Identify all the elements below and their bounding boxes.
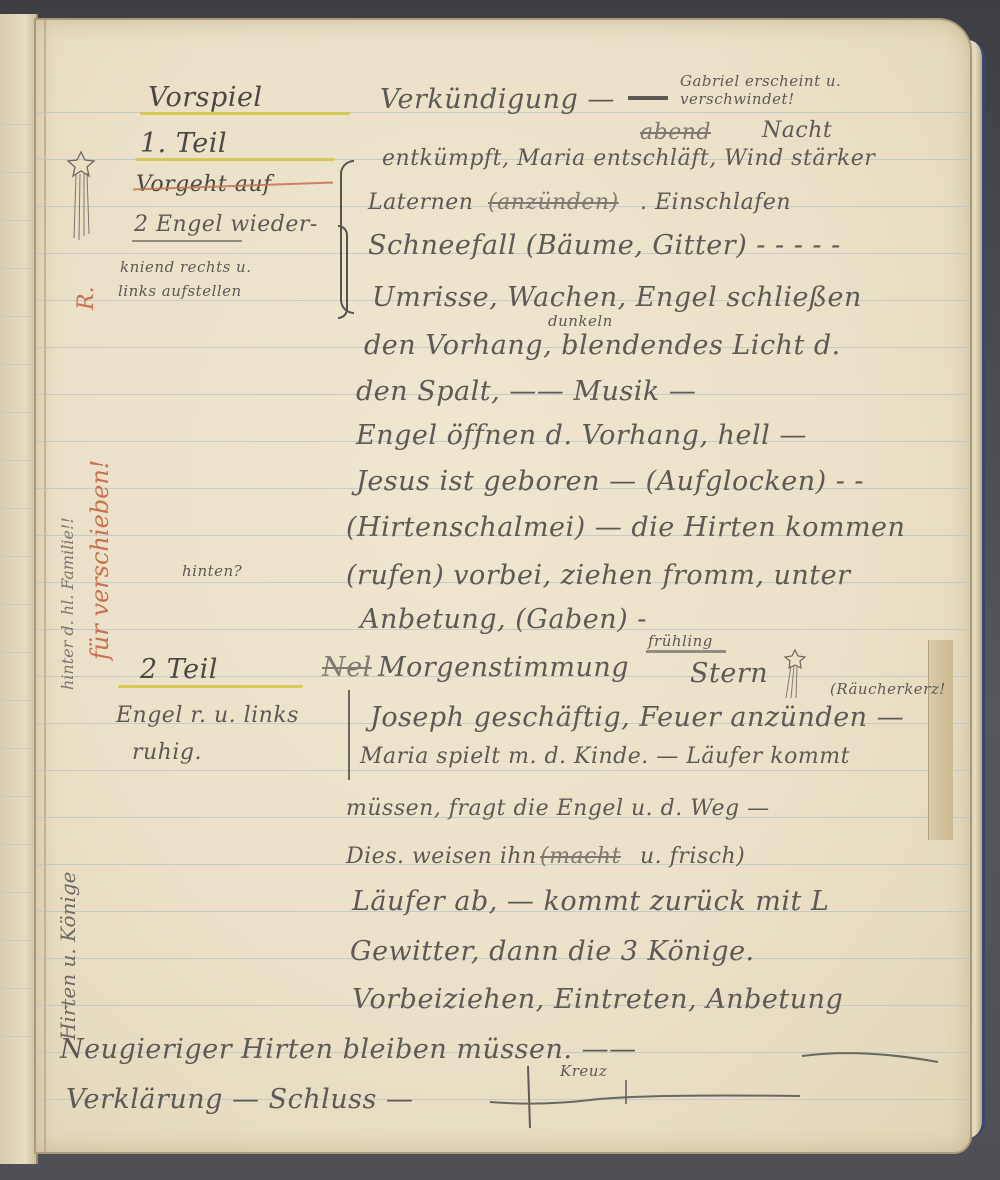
part1-note-cont2: links aufstellen [118, 282, 242, 300]
line-umrisse: Umrisse, Wachen, Engel schließen [372, 282, 862, 313]
line-jesus: Jesus ist geboren — (Aufglocken) - - [356, 466, 864, 497]
yellow-underline [135, 158, 335, 161]
line-fruehling-insert: frühling [648, 632, 713, 650]
line-nel-struck: Nel [322, 652, 372, 683]
insert-bracket [646, 650, 726, 653]
part2-note-2: ruhig. [132, 740, 202, 765]
line-laternen: Laternen [368, 190, 473, 215]
pencil-underline [132, 240, 242, 242]
line-spalt: den Spalt, —— Musik — [356, 376, 696, 407]
line-anzuenden-struck: (anzünden) [488, 190, 619, 215]
line-nacht-insert: Nacht [762, 118, 832, 143]
facing-page-edge [0, 14, 38, 1164]
line-gabriel-note: Gabriel erscheint u. verschwindet! [680, 72, 960, 108]
line-dies-weisen: Dies. weisen ihn [346, 844, 537, 869]
line-schneefall: Schneefall (Bäume, Gitter) - - - - - [368, 230, 841, 261]
page-margin-line [44, 20, 46, 1152]
column-divider [348, 690, 350, 780]
line-anbetung: Anbetung, (Gaben) - [360, 604, 647, 635]
line-engel-oeffnen: Engel öffnen d. Vorhang, hell — [356, 420, 807, 451]
line-stern: Stern [690, 658, 768, 689]
line-vorbeiziehen: Vorbeiziehen, Eintreten, Anbetung [352, 984, 843, 1015]
line-abend-struck: abend [640, 120, 711, 145]
part2-note-1: Engel r. u. links [116, 703, 299, 728]
pencil-stroke [800, 1048, 940, 1068]
part1-note-cont1: kniend rechts u. [120, 258, 252, 276]
line-dunkeln-insert: dunkeln [548, 312, 613, 330]
line-3: entkümpft, Maria entschläft, Wind stärke… [382, 146, 875, 171]
line-verkuendigung: Verkündigung — [380, 84, 615, 115]
water-stain [971, 195, 972, 289]
margin-red-mark: R. [74, 286, 99, 310]
line-muessen: müssen, fragt die Engel u. d. Weg — [346, 796, 770, 821]
right-brace [338, 225, 348, 319]
yellow-underline [118, 685, 303, 688]
line-frisch: u. frisch) [640, 844, 745, 869]
line-hirten-kommen: (Hirtenschalmei) — die Hirten kommen [346, 512, 905, 543]
line-macht-struck: (macht [540, 844, 621, 869]
margin-note-red: für verschieben! [86, 460, 114, 660]
line-laeufer-ab: Läufer ab, — kommt zurück mit L [352, 886, 829, 917]
part2-heading: 2 Teil [140, 654, 218, 685]
line-morgenstimmung: Morgenstimmung [378, 652, 629, 683]
part1-heading: 1. Teil [140, 128, 227, 159]
line-einschlafen: . Einschlafen [640, 190, 791, 215]
line-rufen: (rufen) vorbei, ziehen fromm, unter [346, 560, 851, 591]
margin-note-familie: hinter d. hl. Familie!! [58, 517, 77, 690]
line-raeucherkerz: (Räucherkerz! [830, 680, 946, 698]
line-vorhang: den Vorhang, blendendes Licht d. [364, 330, 841, 361]
cross-sketch [480, 1060, 960, 1130]
hinten-note: hinten? [182, 562, 242, 580]
shooting-star-icon [782, 648, 808, 700]
part1-note-engel: 2 Engel wieder- [134, 212, 318, 237]
margin-note-hirten: Hirten u. Könige [56, 872, 80, 1040]
dash-mark [628, 96, 668, 100]
line-verklaerung: Verklärung — Schluss — [66, 1084, 413, 1115]
shooting-star-icon [66, 150, 96, 240]
line-joseph: Joseph geschäftig, Feuer anzünden — [370, 702, 904, 733]
vorspiel-heading: Vorspiel [148, 82, 263, 113]
line-maria-spielt: Maria spielt m. d. Kinde. — Läufer kommt [360, 744, 850, 769]
line-gewitter: Gewitter, dann die 3 Könige. [350, 936, 755, 967]
yellow-underline [140, 112, 350, 115]
paper-tab-strip [928, 640, 953, 840]
